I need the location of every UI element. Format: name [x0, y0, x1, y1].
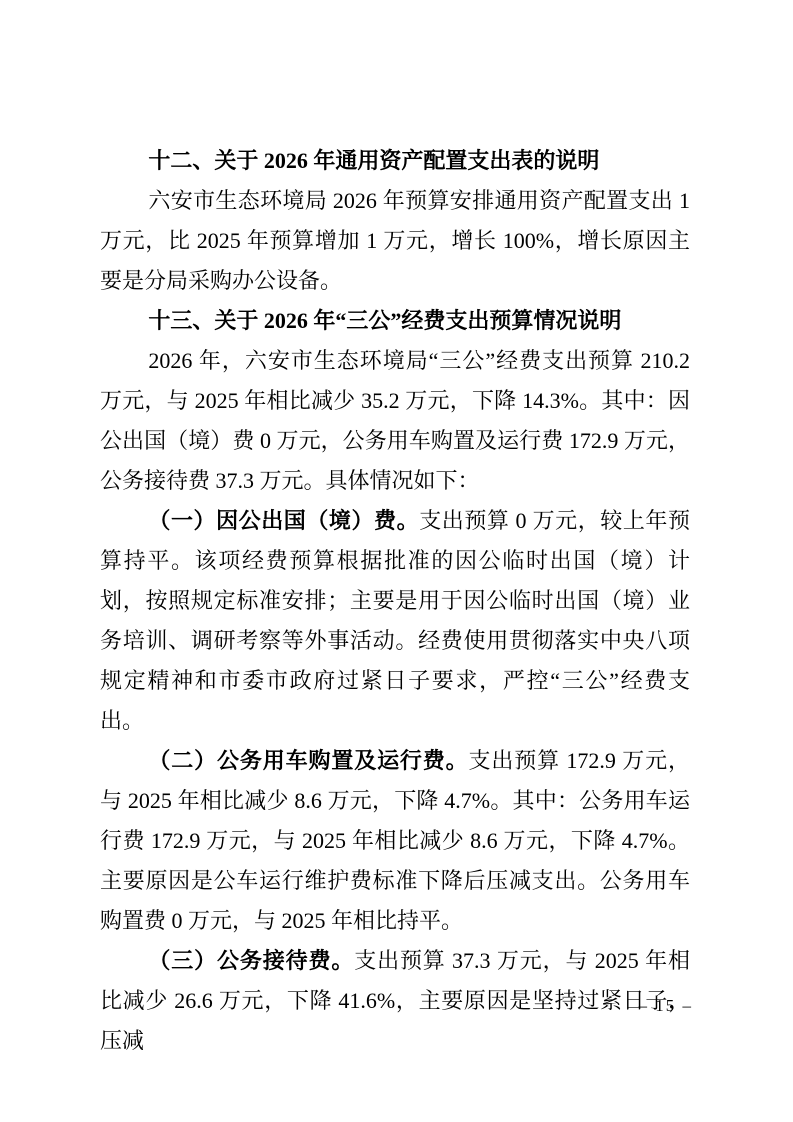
page-number: – 15 –: [639, 994, 694, 1018]
paragraph-lead-bold: （一）因公出国（境）费。: [148, 508, 419, 533]
paragraph-text: 六安市生态环境局 2026 年预算安排通用资产配置支出 1 万元，比 2025 …: [100, 188, 690, 293]
paragraph-text: 支出预算 172.9 万元，与 2025 年相比减少 8.6 万元，下降 4.7…: [100, 748, 690, 933]
paragraph-text: 支出预算 0 万元，较上年预算持平。该项经费预算根据批准的因公临时出国（境）计划…: [100, 508, 690, 733]
paragraph-lead-bold: （三）公务接待费。: [148, 948, 354, 973]
paragraph: （三）公务接待费。支出预算 37.3 万元，与 2025 年相比减少 26.6 …: [100, 941, 690, 1061]
paragraph: （二）公务用车购置及运行费。支出预算 172.9 万元，与 2025 年相比减少…: [100, 741, 690, 941]
paragraph: 2026 年，六安市生态环境局“三公”经费支出预算 210.2 万元，与 202…: [100, 341, 690, 501]
paragraph-lead-bold: （二）公务用车购置及运行费。: [148, 748, 468, 773]
document-body: 十二、关于 2026 年通用资产配置支出表的说明六安市生态环境局 2026 年预…: [100, 141, 690, 1061]
paragraph-text: 2026 年，六安市生态环境局“三公”经费支出预算 210.2 万元，与 202…: [100, 348, 690, 493]
section-heading: 十二、关于 2026 年通用资产配置支出表的说明: [100, 141, 690, 181]
section-heading: 十三、关于 2026 年“三公”经费支出预算情况说明: [100, 301, 690, 341]
paragraph: （一）因公出国（境）费。支出预算 0 万元，较上年预算持平。该项经费预算根据批准…: [100, 501, 690, 741]
paragraph: 六安市生态环境局 2026 年预算安排通用资产配置支出 1 万元，比 2025 …: [100, 181, 690, 301]
document-page: 十二、关于 2026 年通用资产配置支出表的说明六安市生态环境局 2026 年预…: [0, 0, 793, 1122]
